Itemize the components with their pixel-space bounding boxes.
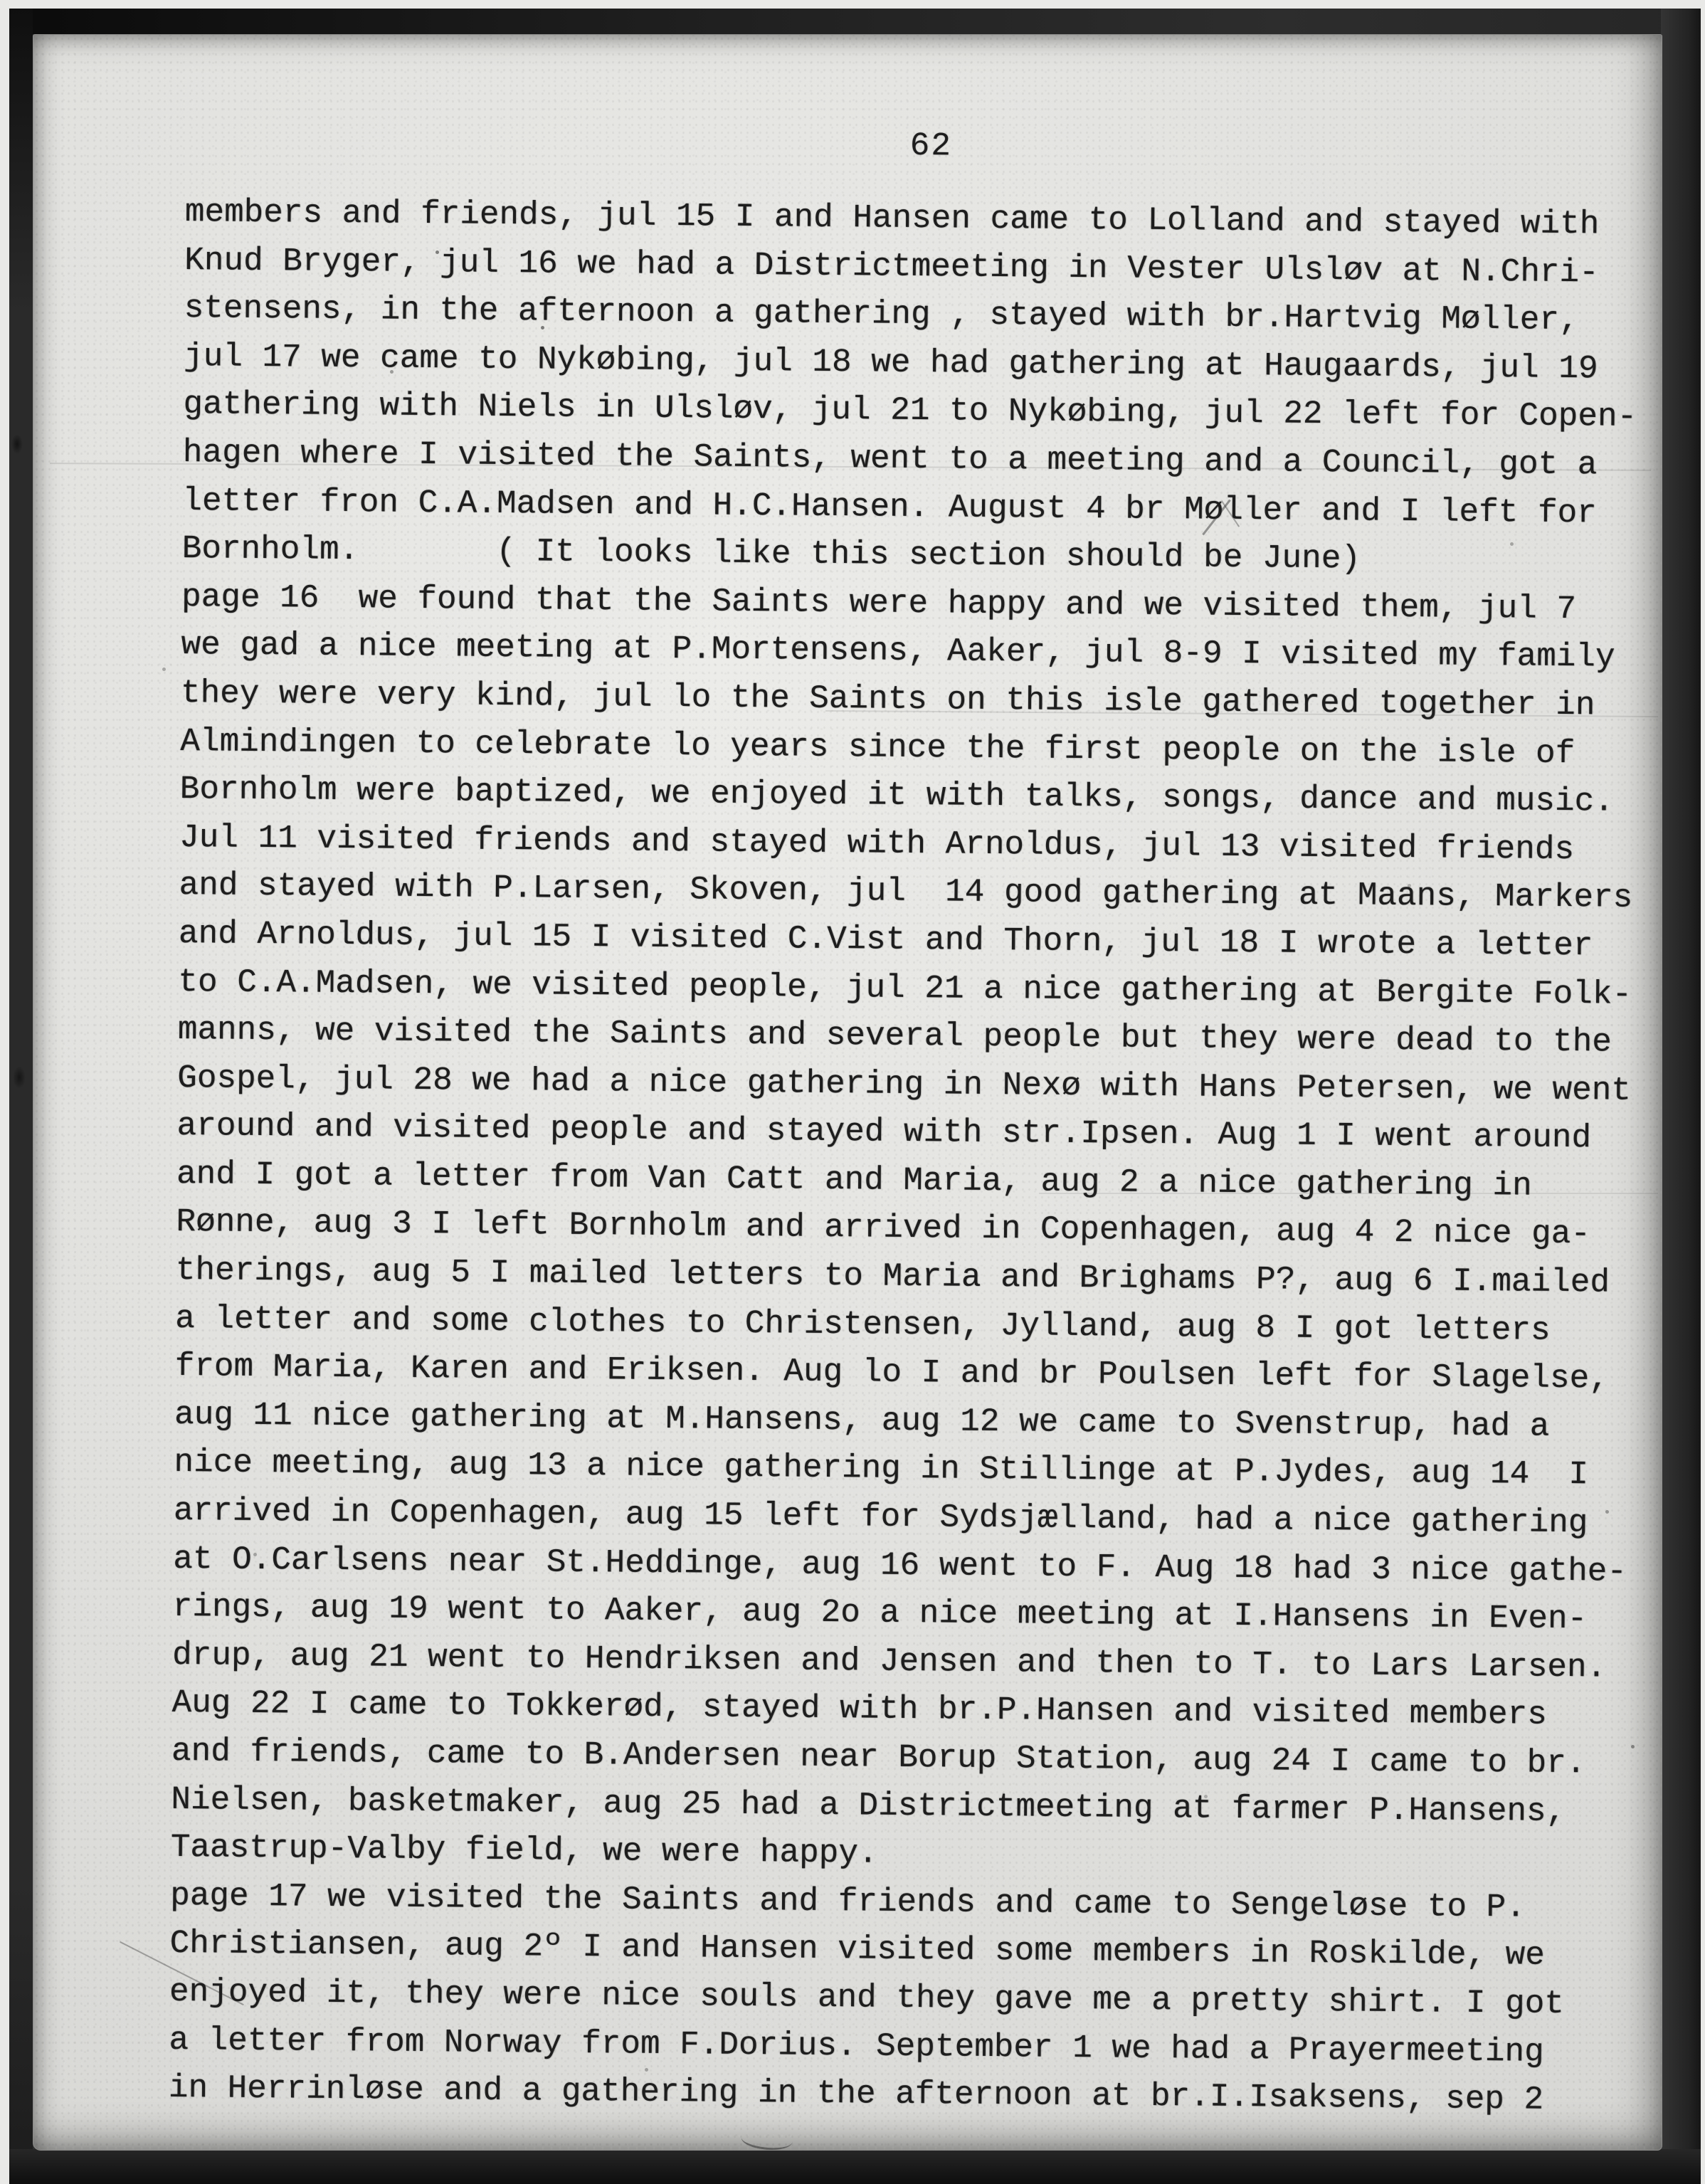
typewritten-text-block: 62 members and friends, jul 15 I and Han… (169, 119, 1673, 2126)
scan-frame-left (9, 9, 33, 2184)
body-text: members and friends, jul 15 I and Hansen… (169, 189, 1673, 2126)
scanned-page: 62 members and friends, jul 15 I and Han… (33, 34, 1662, 2151)
scanner-edge-top (0, 0, 1705, 9)
scan-frame-top (9, 9, 1701, 34)
page-number: 62 (185, 119, 1673, 201)
scanner-edge-right (1701, 0, 1705, 2184)
scanner-edge-left (0, 0, 9, 2184)
scan-frame-bottom (9, 2149, 1701, 2184)
